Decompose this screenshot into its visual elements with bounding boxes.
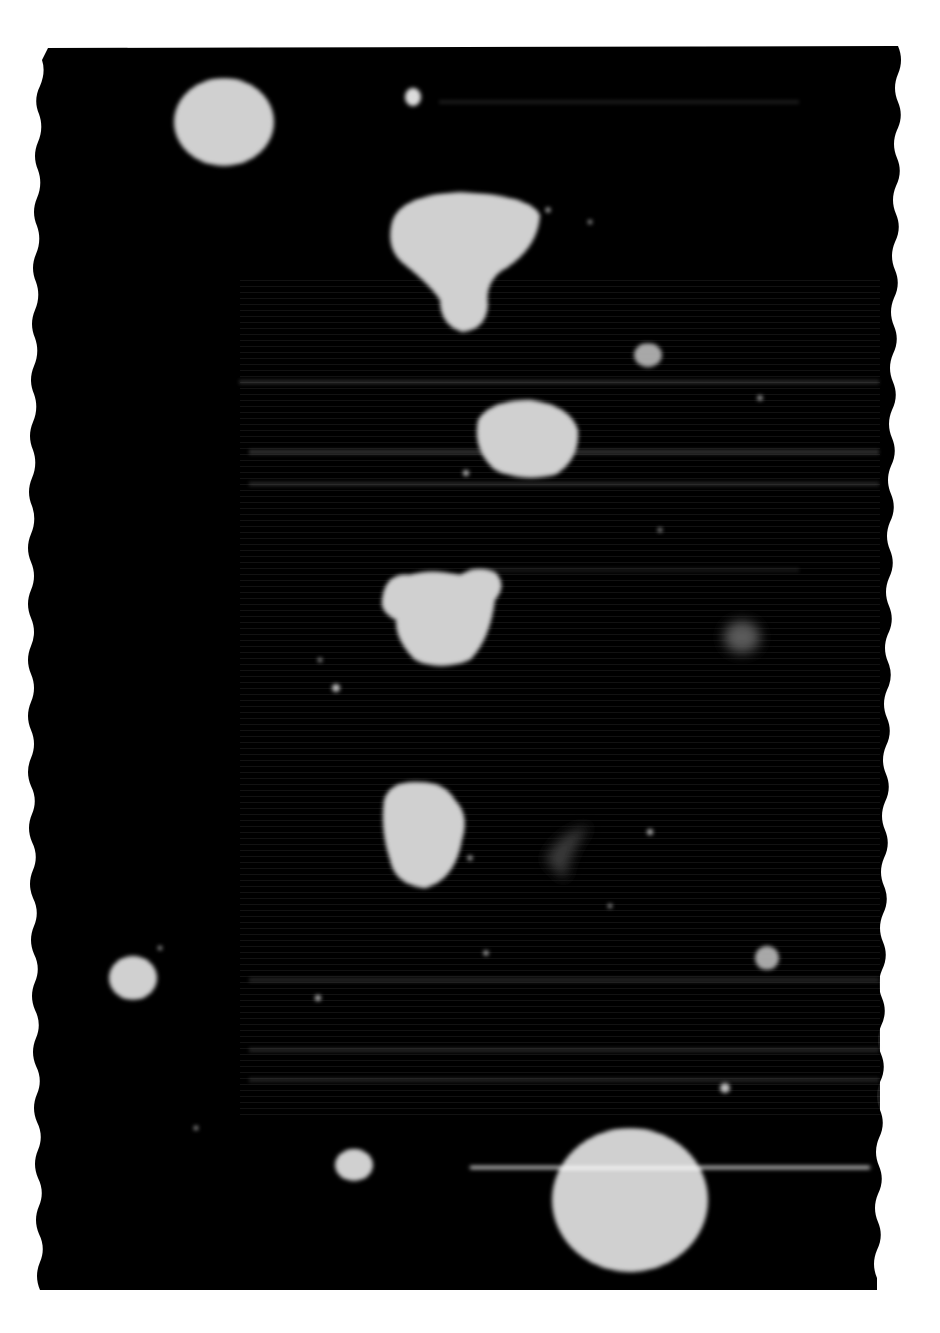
- blob-mid-upper: [477, 400, 578, 478]
- blob-top-left: [174, 78, 274, 166]
- blob-right-small: [755, 946, 779, 970]
- scanline-texture: [240, 280, 880, 1120]
- blob-speck-top: [405, 88, 421, 106]
- blob-faint-right: [724, 621, 760, 653]
- blob-bottom-small: [335, 1149, 373, 1181]
- blob-small-right: [634, 343, 662, 367]
- abstract-scan-image: [0, 0, 940, 1333]
- blob-left-small: [109, 956, 157, 1000]
